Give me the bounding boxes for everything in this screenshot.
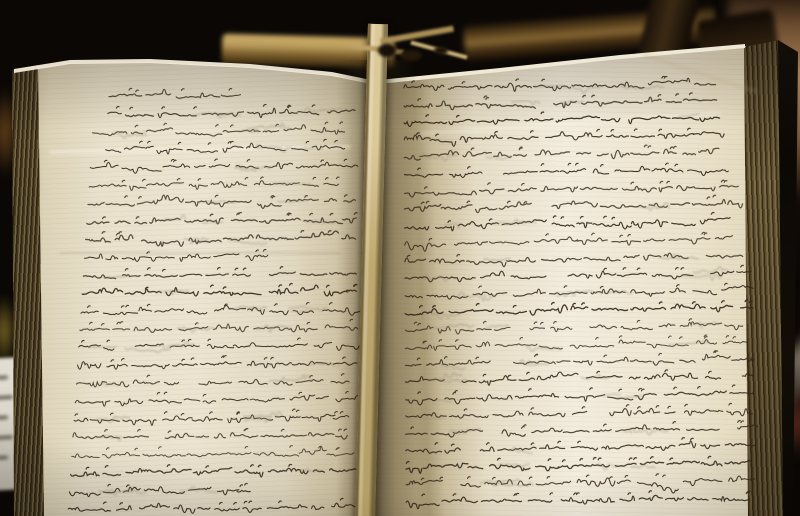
- ink-showthrough: [160, 290, 189, 294]
- handwriting-line: [406, 488, 750, 509]
- ink-showthrough: [194, 108, 342, 118]
- handwriting-line: [82, 283, 357, 299]
- ink-showthrough: [96, 435, 121, 441]
- handwriting-line: [86, 229, 356, 247]
- knot-shadow-speck: [434, 46, 448, 55]
- ink-showthrough: [236, 165, 271, 171]
- ink-showthrough: [679, 114, 699, 117]
- manuscript-photo: Close-up photograph of an antique open b…: [0, 0, 800, 516]
- handwriting-line: [80, 319, 358, 334]
- handwriting-line: [404, 160, 728, 180]
- handwriting-line: [73, 427, 347, 442]
- ink-showthrough: [256, 144, 322, 153]
- handwriting-line: [404, 144, 719, 163]
- handwriting-line: [406, 472, 755, 498]
- handwriting-line: [405, 368, 753, 386]
- ink-showthrough: [89, 342, 193, 353]
- ink-showthrough: [512, 447, 532, 454]
- handwriting-line: [405, 231, 733, 252]
- knot-shadow-speck: [400, 50, 422, 61]
- handwriting-line: [404, 127, 724, 147]
- handwriting-line: [69, 483, 250, 497]
- handwriting-line: [404, 195, 742, 214]
- ink-showthrough: [178, 325, 291, 333]
- ink-showthrough: [425, 417, 444, 419]
- handwriting-line: [90, 157, 358, 173]
- handwriting-line: [404, 92, 717, 111]
- handwriting-line: [68, 498, 359, 514]
- open-book: [0, 0, 800, 516]
- handwriting-line: [105, 139, 344, 154]
- handwriting-line: [406, 420, 758, 438]
- handwriting-line: [109, 87, 241, 99]
- handwriting-line: [87, 211, 357, 226]
- handwriting-line: [79, 337, 360, 353]
- ink-showthrough: [430, 320, 721, 333]
- ink-showthrough: [442, 359, 549, 370]
- handwriting-svg: [0, 0, 800, 516]
- handwriting-line: [405, 265, 751, 283]
- ink-showthrough: [527, 341, 709, 351]
- ink-showthrough: [102, 276, 132, 279]
- right-page-handwriting: [399, 75, 759, 509]
- handwriting-line: [405, 250, 743, 269]
- handwriting-line: [406, 454, 750, 474]
- handwriting-line: [406, 402, 753, 421]
- handwriting-line: [406, 436, 756, 455]
- handwriting-line: [75, 390, 360, 406]
- handwriting-line: [404, 109, 720, 128]
- handwriting-line: [406, 385, 755, 405]
- handwriting-line: [84, 249, 267, 262]
- ink-showthrough: [459, 289, 633, 301]
- handwriting-line: [72, 445, 354, 459]
- ribbon-knot: [338, 24, 472, 72]
- knot-shadow-speck: [378, 44, 396, 57]
- left-page-handwriting: [64, 86, 362, 515]
- handwriting-line: [404, 178, 738, 197]
- ink-showthrough: [512, 100, 583, 105]
- ink-showthrough: [432, 312, 459, 319]
- ink-showthrough: [427, 370, 609, 382]
- ink-showthrough: [114, 123, 290, 138]
